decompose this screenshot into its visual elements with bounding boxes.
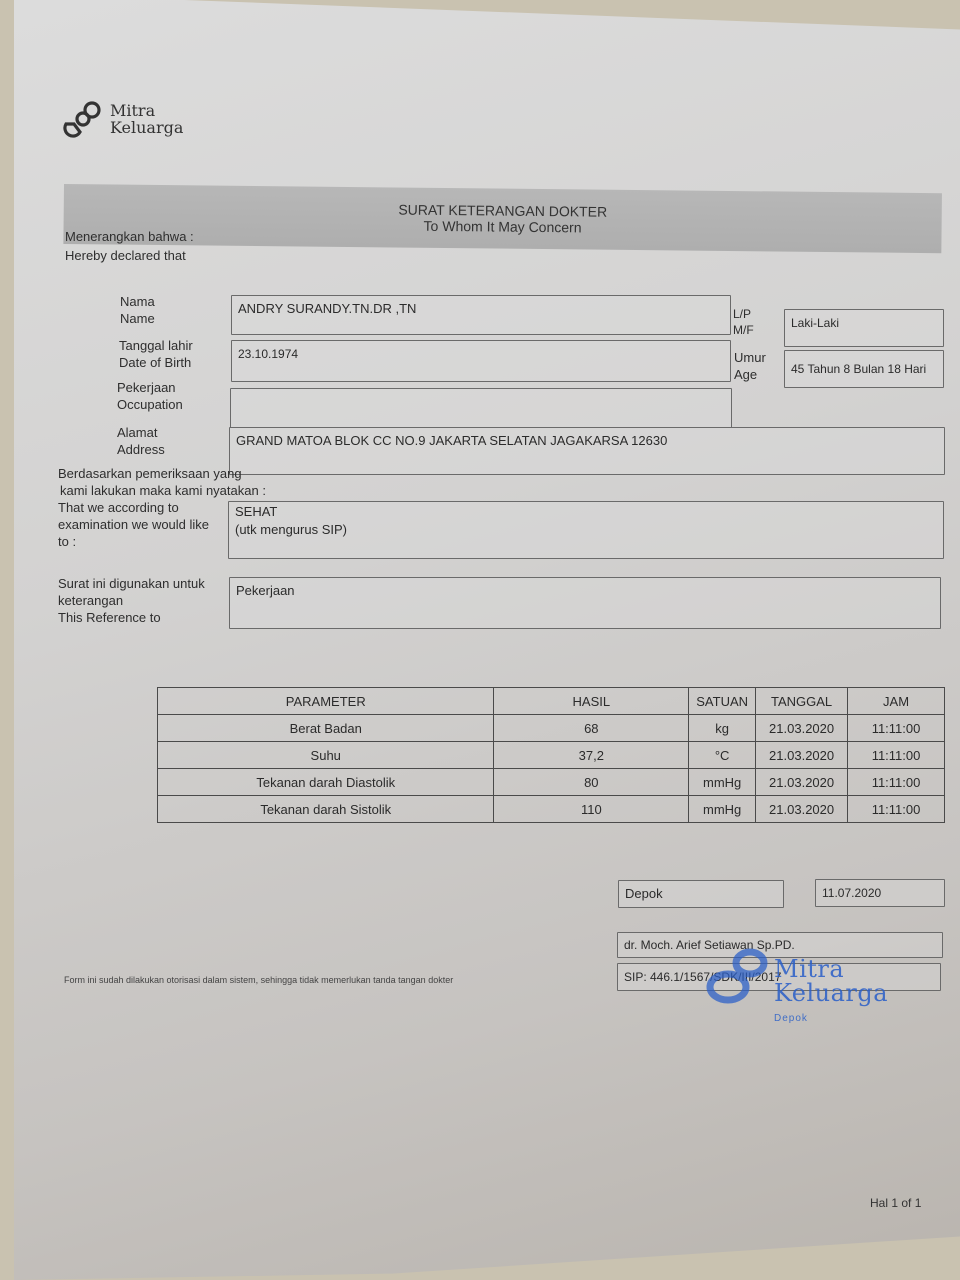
table-row: Tekanan darah Sistolik 110 mmHg 21.03.20… xyxy=(158,796,945,823)
header-jam: JAM xyxy=(848,688,945,715)
logo-line2: Keluarga xyxy=(110,119,183,136)
header-parameter: PARAMETER xyxy=(158,688,494,715)
city-field: Depok xyxy=(618,880,784,908)
declaration-label-id: Berdasarkan pemeriksaan yang kami lakuka… xyxy=(58,465,266,499)
authorization-note: Form ini sudah dilakukan otorisasi dalam… xyxy=(64,975,453,985)
intro-en: Hereby declared that xyxy=(65,247,186,264)
stamp-line1: Mitra xyxy=(774,957,888,981)
stamp-line2: Keluarga xyxy=(774,981,888,1005)
intro-id: Menerangkan bahwa : xyxy=(65,228,194,245)
declaration-label-en: That we according to examination we woul… xyxy=(58,499,209,550)
infinity-logo-icon xyxy=(62,100,104,138)
declaration-field: SEHAT (utk mengurus SIP) xyxy=(228,501,944,559)
address-field: GRAND MATOA BLOK CC NO.9 JAKARTA SELATAN… xyxy=(229,427,945,475)
dob-label: Tanggal lahir Date of Birth xyxy=(119,337,193,371)
table-row: Berat Badan 68 kg 21.03.2020 11:11:00 xyxy=(158,715,945,742)
purpose-label: Surat ini digunakan untuk keterangan Thi… xyxy=(58,575,205,626)
gender-field: Laki-Laki xyxy=(784,309,944,347)
occupation-field xyxy=(230,388,732,428)
purpose-field: Pekerjaan xyxy=(229,577,941,629)
hospital-stamp: Mitra Keluarga Depok xyxy=(700,945,780,1014)
logo-line1: Mitra xyxy=(110,102,183,119)
table-row: Suhu 37,2 °C 21.03.2020 11:11:00 xyxy=(158,742,945,769)
header-tanggal: TANGGAL xyxy=(756,688,848,715)
name-field: ANDRY SURANDY.TN.DR ,TN xyxy=(231,295,731,335)
declaration-note: (utk mengurus SIP) xyxy=(235,521,937,539)
page-number: Hal 1 of 1 xyxy=(870,1196,921,1210)
stamp-branch: Depok xyxy=(774,1013,808,1024)
table-row: Tekanan darah Diastolik 80 mmHg 21.03.20… xyxy=(158,769,945,796)
parameters-table: PARAMETER HASIL SATUAN TANGGAL JAM Berat… xyxy=(157,687,945,823)
stamp-infinity-icon xyxy=(700,945,780,1009)
header-satuan: SATUAN xyxy=(689,688,756,715)
declaration-result: SEHAT xyxy=(235,503,937,521)
logo: Mitra Keluarga xyxy=(62,100,183,138)
age-label: Umur Age xyxy=(734,349,766,383)
name-label: Nama Name xyxy=(120,293,155,327)
title-band: SURAT KETERANGAN DOKTER To Whom It May C… xyxy=(63,184,942,253)
dob-field: 23.10.1974 xyxy=(231,340,731,382)
age-field: 45 Tahun 8 Bulan 18 Hari xyxy=(784,350,944,388)
address-label: Alamat Address xyxy=(117,424,165,458)
date-field: 11.07.2020 xyxy=(815,879,945,907)
table-header-row: PARAMETER HASIL SATUAN TANGGAL JAM xyxy=(158,688,945,715)
gender-label: L/P M/F xyxy=(733,306,754,338)
occupation-label: Pekerjaan Occupation xyxy=(117,379,183,413)
header-hasil: HASIL xyxy=(494,688,689,715)
